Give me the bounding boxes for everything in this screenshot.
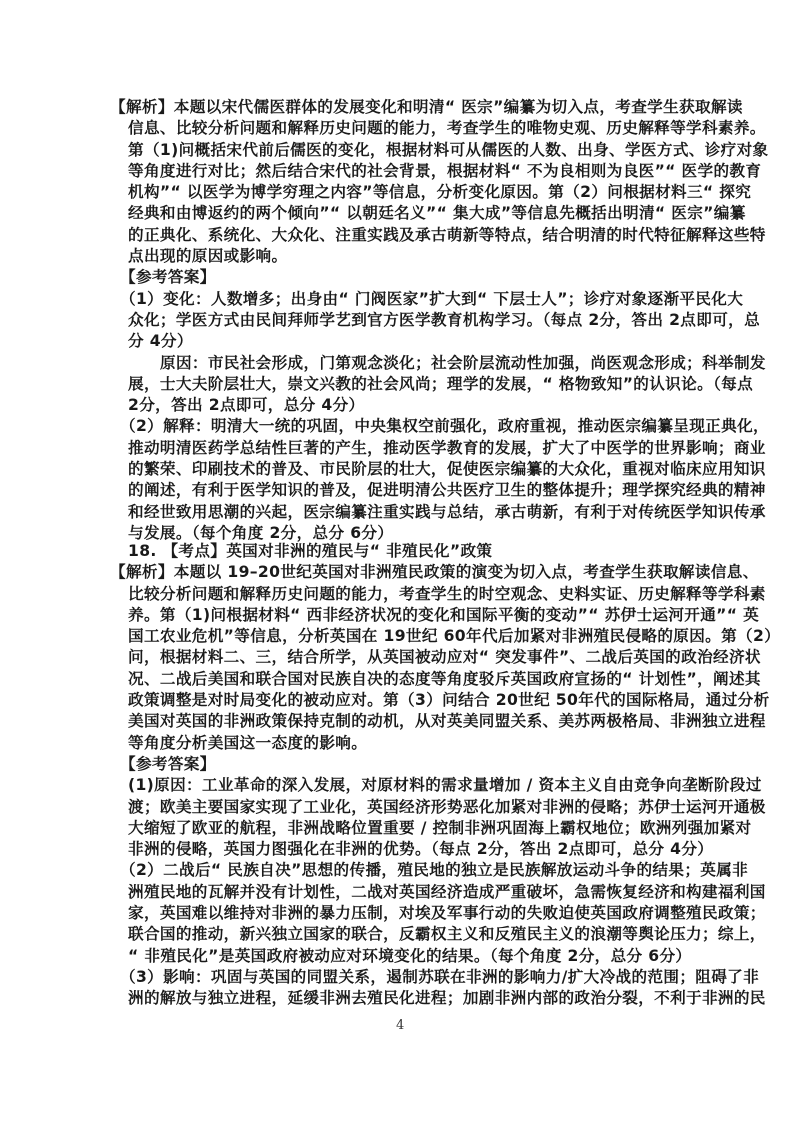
text-line: 点出现的原因或影响。 <box>110 246 700 267</box>
text-line: 国工农业危机”等信息，分析英国在 19世纪 60年代后加紧对非洲殖民侵略的原因。… <box>110 626 700 647</box>
text-line: 美国对英国的非洲政策保持克制的动机，从对英美同盟关系、美苏两极格局、非洲独立进程 <box>110 711 700 732</box>
text-line: （3）影响：巩固与英国的同盟关系，遏制苏联在非洲的影响力/扩大冷战的范围；阻碍了… <box>110 967 700 988</box>
text-line: 机构”“ 以医学为博学穷理之内容”等信息，分析变化原因。第（2）问根据材料三“ … <box>110 182 700 203</box>
answer-heading: 【参考答案】 <box>110 267 700 288</box>
answer-heading: 【参考答案】 <box>110 754 700 775</box>
text-line: 的繁荣、印刷技术的普及、市民阶层的壮大，促使医宗编纂的大众化，重视对临床应用知识 <box>110 459 700 480</box>
text-line: 联合国的推动，新兴独立国家的联合，反霸权主义和反殖民主义的浪潮等舆论压力；综上， <box>110 924 700 945</box>
text-line: 展，士大夫阶层壮大，崇文兴教的社会风尚；理学的发展，“ 格物致知”的认识论。（每… <box>110 374 700 395</box>
text-line: 比较分析问题和解释历史问题的能力，考查学生的时空观念、史料实证、历史解释等学科素 <box>110 584 700 605</box>
text-line: （2）解释：明清大一统的巩固，中央集权空前强化，政府重视，推动医宗编纂呈现正典化… <box>110 416 700 437</box>
text-line: 【解析】本题以宋代儒医群体的发展变化和明清“ 医宗”编纂为切入点，考查学生获取解… <box>110 97 700 118</box>
text-line: (1)原因：工业革命的深入发展，对原材料的需求量增加 / 资本主义自由竞争向垄断… <box>110 775 700 796</box>
text-line: （1）变化：人数增多；出身由“ 门阀医家”扩大到“ 下层士人”；诊疗对象逐渐平民… <box>110 289 700 310</box>
text-line: 等角度分析美国这一态度的影响。 <box>110 733 700 754</box>
text-line: 况、二战后美国和联合国对民族自决的态度等角度驳斥英国政府宣扬的“ 计划性”，阐述… <box>110 669 700 690</box>
text-line: 问，根据材料二、三，结合所学，从英国被动应对“ 突发事件”、二战后英国的政治经济… <box>110 647 700 668</box>
text-line: 信息、比较分析问题和解释历史问题的能力，考查学生的唯物史观、历史解释等学科素养。 <box>110 118 700 139</box>
text-line: 洲的解放与独立进程，延缓非洲去殖民化进程；加剧非洲内部的政治分裂，不利于非洲的民 <box>110 988 700 1009</box>
section-17-analysis: 【解析】本题以宋代儒医群体的发展变化和明清“ 医宗”编纂为切入点，考查学生获取解… <box>110 97 700 544</box>
text-line: 大缩短了欧亚的航程，非洲战略位置重要 / 控制非洲巩固海上霸权地位；欧洲列强加紧… <box>110 818 700 839</box>
text-line: 养。第（1)问根据材料“ 西非经济状况的变化和国际平衡的变动”“ 苏伊士运河开通… <box>110 605 700 626</box>
text-line: 家，英国难以维持对非洲的暴力压制，对埃及军事行动的失败迫使英国政府调整殖民政策； <box>110 903 700 924</box>
text-line: （2）二战后“ 民族自决”思想的传播，殖民地的独立是民族解放运动斗争的结果；英属… <box>110 860 700 881</box>
text-line: 非洲的侵略，英国力图强化在非洲的优势。（每点 2分，答出 2点即可，总分 4分） <box>110 839 700 860</box>
text-line: 的正典化、系统化、大众化、注重实践及承古萌新等特点，结合明清的时代特征解释这些特 <box>110 225 700 246</box>
text-line: 2分，答出 2点即可，总分 4分） <box>110 395 700 416</box>
text-line: 第（1)问概括宋代前后儒医的变化，根据材料可从儒医的人数、出身、学医方式、诊疗对… <box>110 140 700 161</box>
text-line: 众化；学医方式由民间拜师学艺到官方医学教育机构学习。（每点 2分，答出 2点即可… <box>110 310 700 331</box>
text-line: 经典和由博返约的两个倾向”“ 以朝廷名义”“ 集大成”等信息先概括出明清“ 医宗… <box>110 203 700 224</box>
text-line: 洲殖民地的瓦解并没有计划性，二战对英国经济造成严重破坏，急需恢复经济和构建福利国 <box>110 882 700 903</box>
text-line: 政策调整是对时局变化的被动应对。第（3）问结合 20世纪 50年代的国际格局，通… <box>110 690 700 711</box>
page-number: 4 <box>396 1018 404 1033</box>
document-page: 【解析】本题以宋代儒医群体的发展变化和明清“ 医宗”编纂为切入点，考查学生获取解… <box>0 0 800 1132</box>
text-line: 原因：市民社会形成，门第观念淡化；社会阶层流动性加强，尚医观念形成；科举制发 <box>110 353 700 374</box>
text-line: “ 非殖民化”是英国政府被动应对环境变化的结果。（每个角度 2分，总分 6分） <box>110 946 700 967</box>
text-line: 渡；欧美主要国家实现了工业化，英国经济形势恶化加紧对非洲的侵略；苏伊士运河开通极 <box>110 797 700 818</box>
text-line: 等角度进行对比；然后结合宋代的社会背景，根据材料“ 不为良相则为良医”“ 医学的… <box>110 161 700 182</box>
text-line: 的阐述，有利于医学知识的普及，促进明清公共医疗卫生的整体提升；理学探究经典的精神 <box>110 480 700 501</box>
text-line: 分 4分） <box>110 331 700 352</box>
section-18: 18. 【考点】英国对非洲的殖民与“ 非殖民化”政策 【解析】本题以 19–20… <box>110 541 700 1010</box>
text-line: 和经世致用思潮的兴起，医宗编纂注重实践与总结，承古萌新，有利于对传统医学知识传承 <box>110 502 700 523</box>
text-line: 推动明清医药学总结性巨著的产生，推动医学教育的发展，扩大了中医学的世界影响；商业 <box>110 438 700 459</box>
question-heading: 18. 【考点】英国对非洲的殖民与“ 非殖民化”政策 <box>110 541 700 562</box>
text-line: 【解析】本题以 19–20世纪英国对非洲殖民政策的演变为切入点，考查学生获取解读… <box>110 562 700 583</box>
